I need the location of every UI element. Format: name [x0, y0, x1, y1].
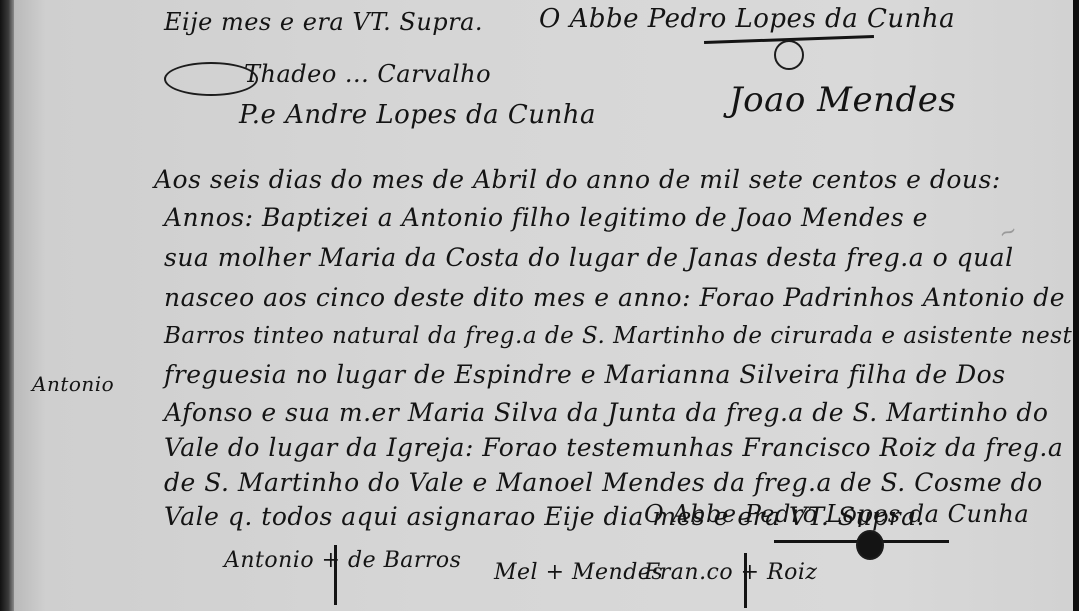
body-line-8: Vale do lugar da Igreja: Forao testemunh… — [164, 433, 1063, 462]
body-line-1: Aos seis dias do mes de Abril do anno de… — [154, 165, 1001, 194]
scan-left-edge — [0, 0, 14, 611]
body-line-4: nasceo aos cinco deste dito mes e anno: … — [164, 283, 1065, 312]
cross-mark-icon-2 — [744, 553, 747, 608]
signature-flourish-left — [164, 62, 258, 96]
cross-mark-icon — [334, 545, 337, 605]
signature-flourish-bottom — [856, 530, 884, 560]
scan-right-edge — [1073, 0, 1079, 611]
manuscript-page: Eije mes e era VT. Supra. O Abbe Pedro L… — [14, 0, 1074, 611]
margin-note-name: Antonio — [32, 372, 114, 396]
witness-signature-2: P.e Andre Lopes da Cunha — [239, 100, 596, 130]
previous-entry-closing: Eije mes e era VT. Supra. — [164, 8, 483, 36]
witness-signature-1: Thadeo ... Carvalho — [244, 60, 491, 88]
body-line-2: Annos: Baptizei a Antonio filho legitimo… — [164, 203, 928, 232]
priest-signature-top: O Abbe Pedro Lopes da Cunha — [539, 4, 955, 34]
witness-mark-signature-2: Fran.co + Roiz — [644, 560, 817, 585]
body-line-6: freguesia no lugar de Espindre e Mariann… — [164, 360, 1006, 389]
body-line-3: sua molher Maria da Costa do lugar de Ja… — [164, 243, 1014, 272]
godfather-mark-signature: Antonio + de Barros — [224, 548, 461, 573]
witness-signature-3: Joao Mendes — [729, 80, 956, 120]
priest-signature-bottom: O Abbe Pedro Lopes da Cunha — [644, 500, 1029, 528]
body-line-9: de S. Martinho do Vale e Manoel Mendes d… — [164, 468, 1043, 497]
body-line-5: Barros tinteo natural da freg.a de S. Ma… — [164, 323, 1074, 349]
signature-flourish — [774, 40, 804, 70]
witness-mark-signature-1: Mel + Mendes — [494, 560, 663, 585]
body-line-7: Afonso e sua m.er Maria Silva da Junta d… — [164, 398, 1048, 427]
